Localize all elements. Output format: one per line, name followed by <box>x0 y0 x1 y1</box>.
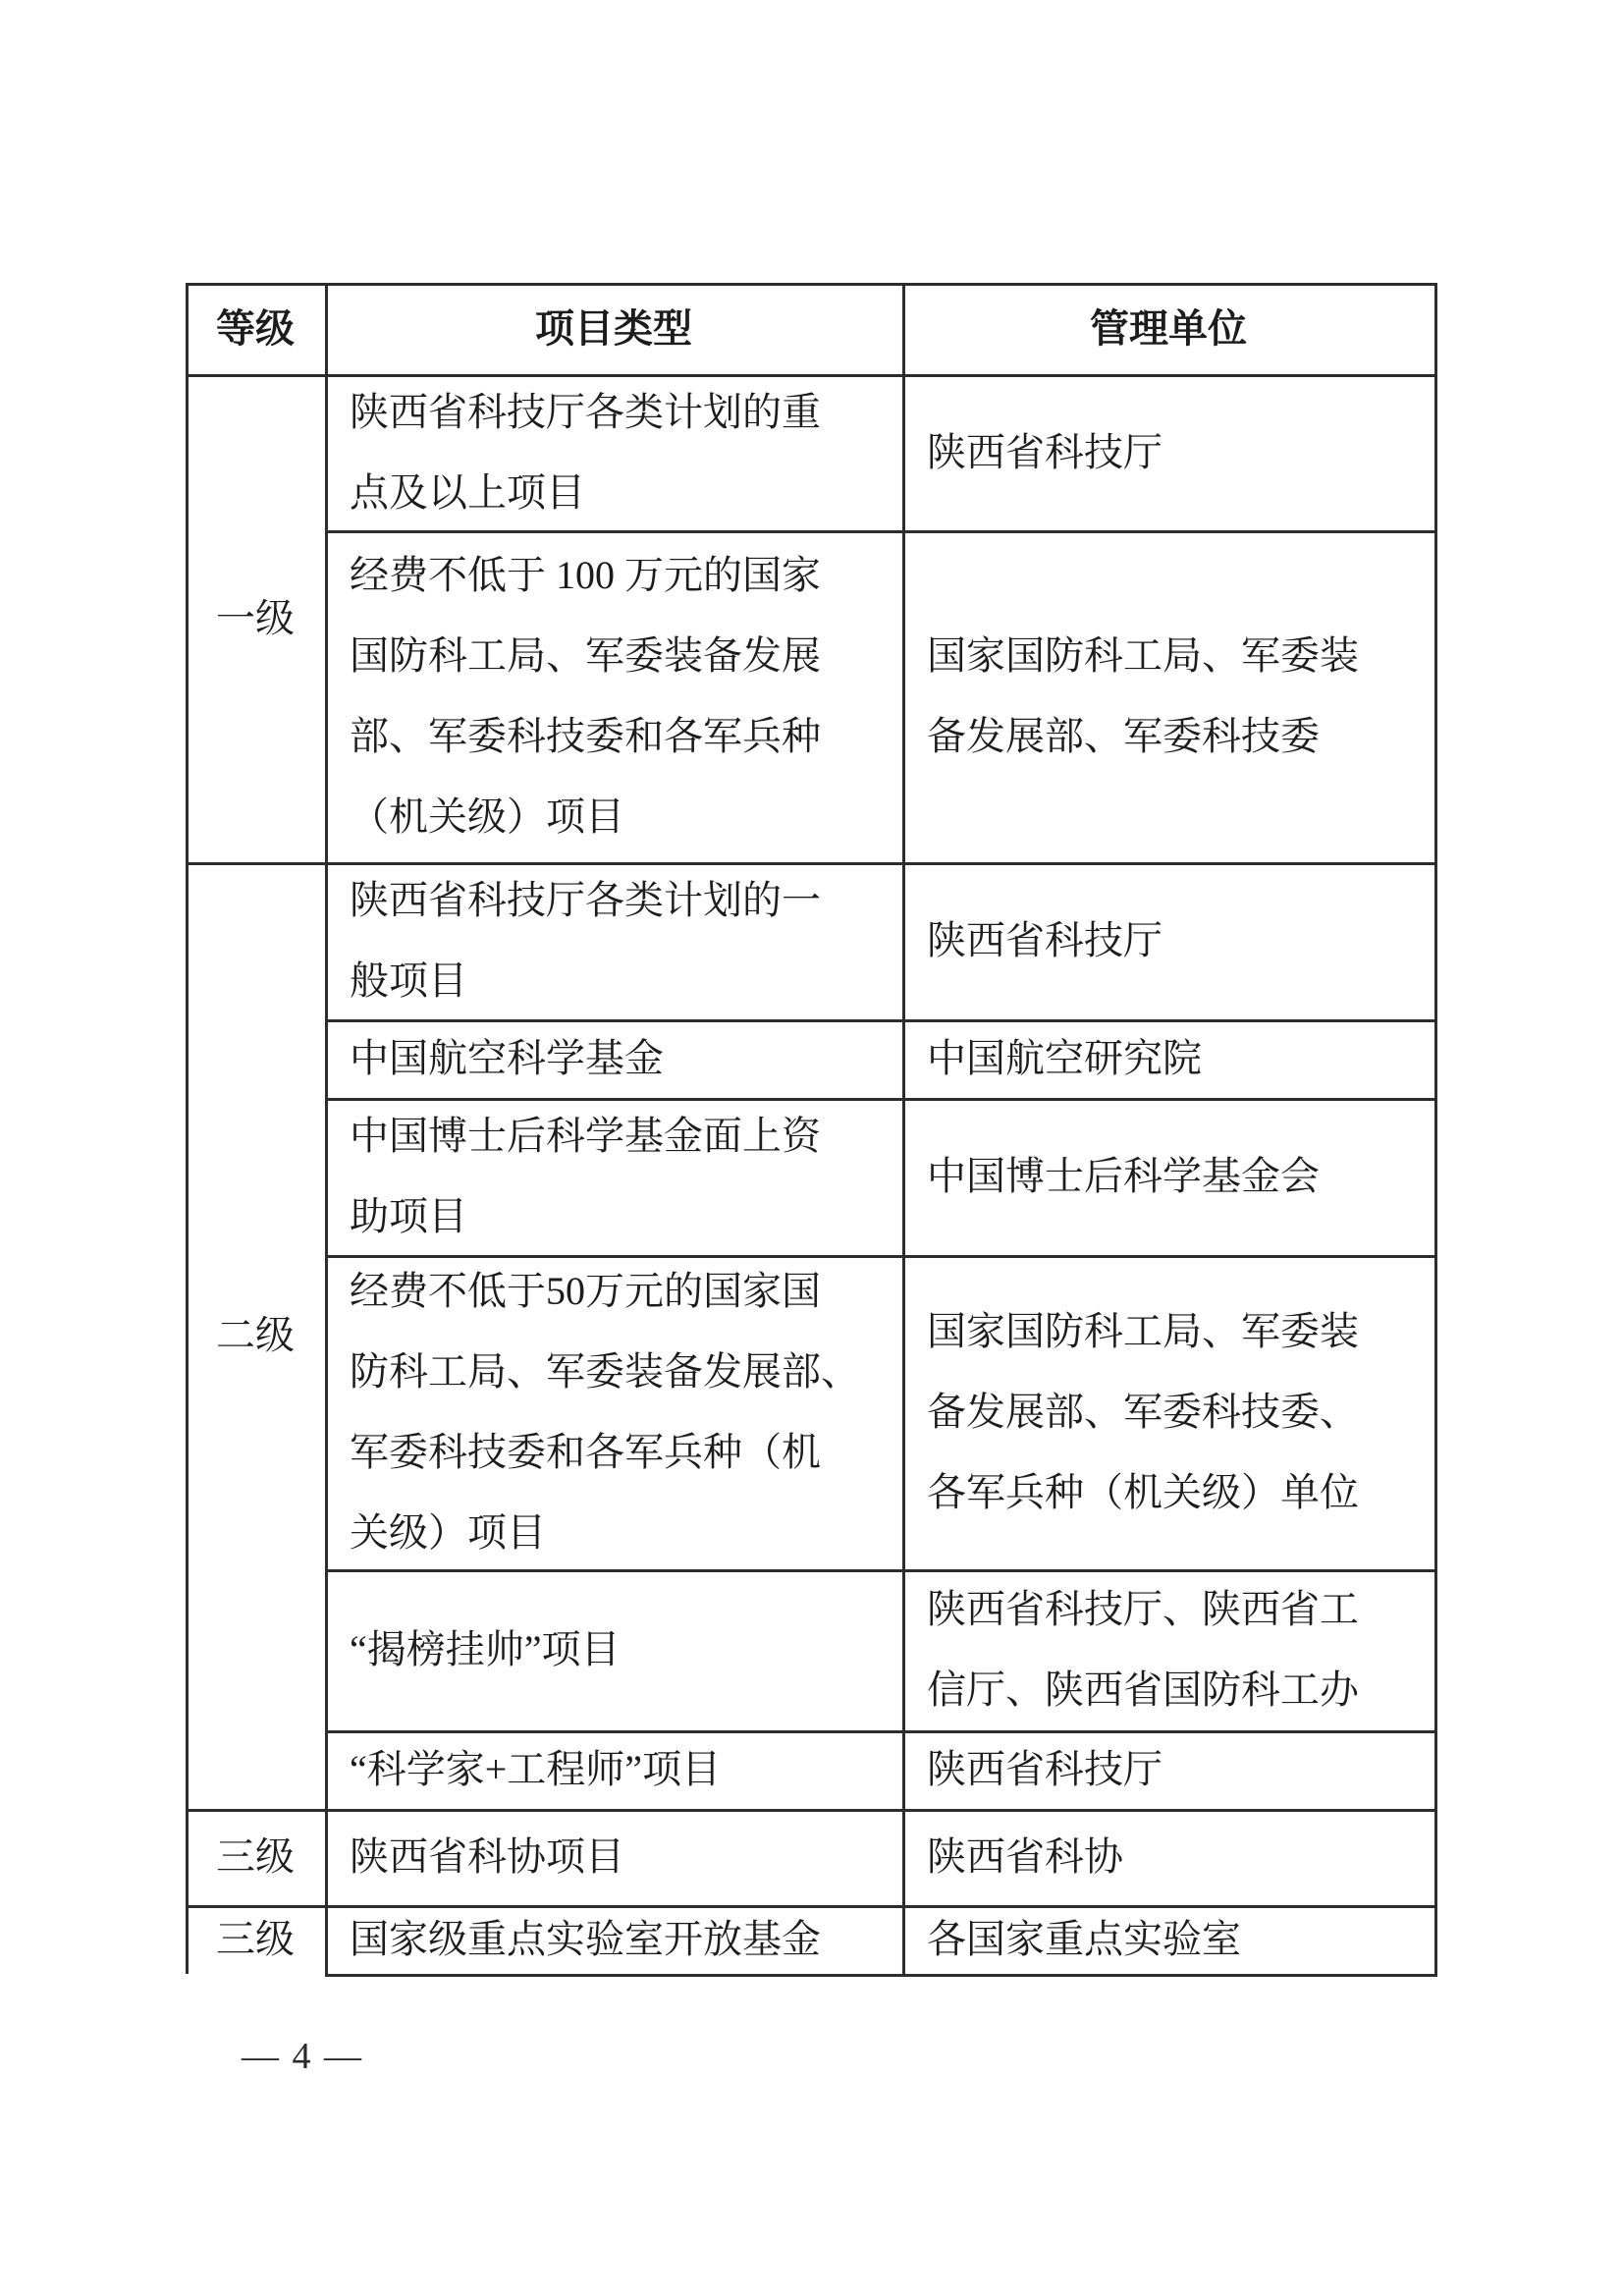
page-number: — 4 — <box>242 2035 363 2078</box>
header-cell-level: 等级 <box>189 283 322 374</box>
level-cell-1: 一级 <box>189 374 322 862</box>
managing-unit-cell: 国家国防科工局、军委装 备发展部、军委科技委 <box>905 530 1432 862</box>
header-cell-type: 项目类型 <box>328 283 899 374</box>
managing-unit-cell: 陕西省科协 <box>905 1809 1432 1905</box>
project-type-cell: 陕西省科技厅各类计划的一 般项目 <box>328 862 899 1019</box>
managing-unit-cell: 陕西省科技厅 <box>905 374 1432 530</box>
managing-unit-cell: 中国博士后科学基金会 <box>905 1098 1432 1255</box>
level-cell-2: 二级 <box>189 862 322 1809</box>
table-grid-line <box>1434 283 1437 1974</box>
managing-unit-cell: 各国家重点实验室 <box>905 1905 1432 1974</box>
managing-unit-cell: 陕西省科技厅 <box>905 1730 1432 1809</box>
header-cell-unit: 管理单位 <box>905 283 1432 374</box>
project-type-cell: “揭榜挂帅”项目 <box>328 1569 899 1730</box>
project-type-cell: 经费不低于 100 万元的国家 国防科工局、军委装备发展 部、军委科技委和各军兵… <box>328 530 899 862</box>
project-type-cell: 陕西省科协项目 <box>328 1809 899 1905</box>
document-page: 等级 项目类型 管理单位 一级 二级 三级 三级 陕西省科技厅各类计划的重 点及… <box>0 0 1622 2296</box>
managing-unit-cell: 国家国防科工局、军委装 备发展部、军委科技委、 各军兵种（机关级）单位 <box>905 1255 1432 1569</box>
project-type-cell: 经费不低于50万元的国家国 防科工局、军委装备发展部、 军委科技委和各军兵种（机… <box>328 1255 899 1569</box>
level-cell-4: 三级 <box>189 1905 322 1974</box>
level-cell-3: 三级 <box>189 1809 322 1905</box>
project-type-cell: 国家级重点实验室开放基金 <box>328 1905 899 1974</box>
managing-unit-cell: 中国航空研究院 <box>905 1019 1432 1098</box>
project-type-cell: “科学家+工程师”项目 <box>328 1730 899 1809</box>
project-type-cell: 陕西省科技厅各类计划的重 点及以上项目 <box>328 374 899 530</box>
managing-unit-cell: 陕西省科技厅 <box>905 862 1432 1019</box>
managing-unit-cell: 陕西省科技厅、陕西省工 信厅、陕西省国防科工办 <box>905 1569 1432 1730</box>
project-type-cell: 中国航空科学基金 <box>328 1019 899 1098</box>
project-type-cell: 中国博士后科学基金面上资 助项目 <box>328 1098 899 1255</box>
